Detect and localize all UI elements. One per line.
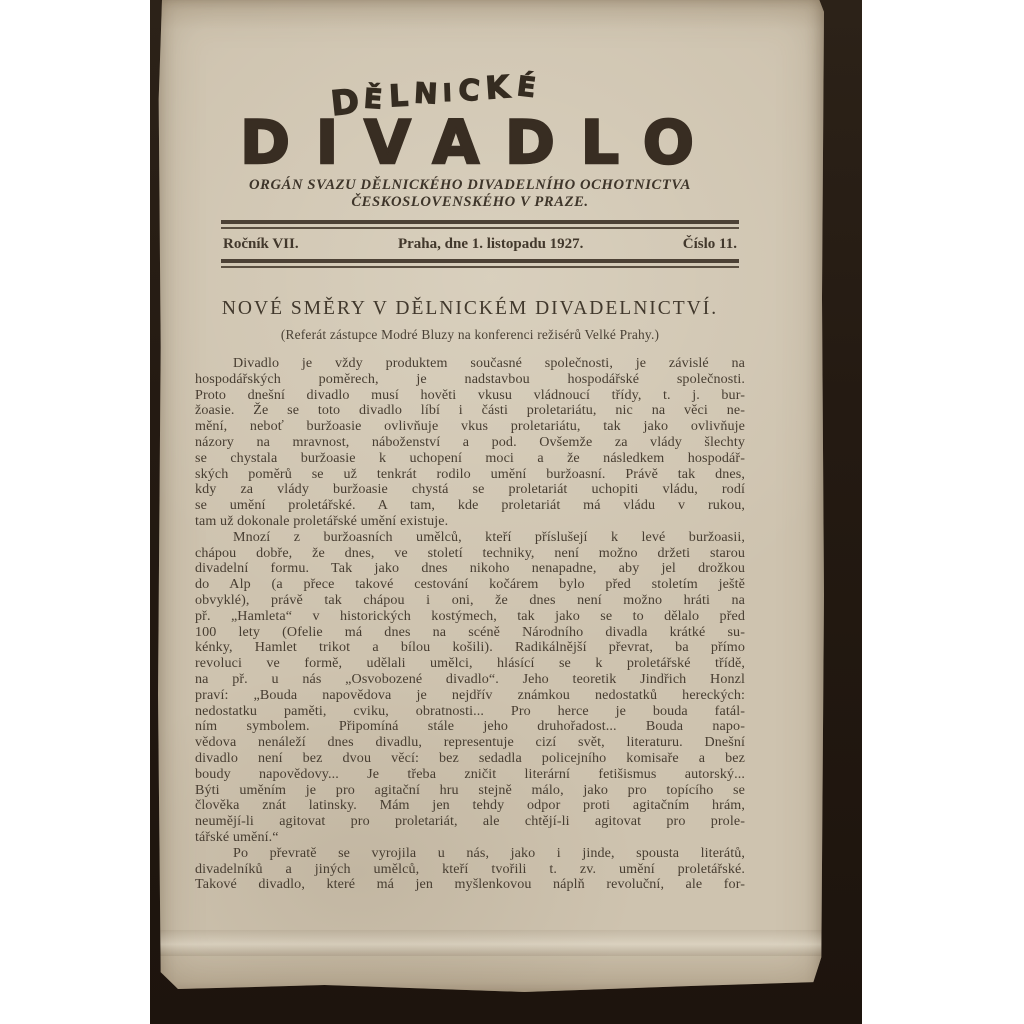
body-line: se umění proletářské. A tam, kde proleta… bbox=[195, 498, 745, 514]
body-line: divadelní formu. Tak jako dnes nikoho ne… bbox=[195, 561, 745, 577]
body-line: názory na mravnost, náboženství a pod. O… bbox=[195, 435, 745, 451]
body-line: revoluci ve formě, udělali umělci, hlásí… bbox=[195, 656, 745, 672]
bottom-double-rule bbox=[221, 259, 739, 268]
body-line: chápou dobře, že dnes, ve století techni… bbox=[195, 546, 745, 562]
issue-bar-section: Ročník VII. Praha, dne 1. listopadu 1927… bbox=[221, 220, 739, 268]
date-label: Praha, dne 1. listopadu 1927. bbox=[398, 236, 583, 253]
page-content: DĚLNICKÉ DIVADLO ORGÁN SVAZU DĚLNICKÉHO … bbox=[195, 0, 745, 893]
article-body: Divadlo je vždy produktem současné spole… bbox=[195, 356, 745, 893]
body-line: do Alp (a přece takové cestování kočárem… bbox=[195, 577, 745, 593]
body-line: př. „Hamleta“ v historických kostýmech, … bbox=[195, 609, 745, 625]
body-line: ských poměrů se už tenkrát rodilo umění … bbox=[195, 467, 745, 483]
issue-bar: Ročník VII. Praha, dne 1. listopadu 1927… bbox=[221, 229, 739, 259]
masthead-letter: C bbox=[457, 72, 481, 108]
body-line: Mnozí z buržoasních umělců, kteří příslu… bbox=[195, 530, 745, 546]
top-double-rule bbox=[221, 220, 739, 229]
body-line: tářské umění.“ bbox=[195, 830, 745, 846]
body-line: kénky, Hamlet trikot a bílou košili). Ra… bbox=[195, 640, 745, 656]
body-line: vědova nenáleží dnes divadlu, representu… bbox=[195, 735, 745, 751]
masthead-letter: I bbox=[443, 79, 453, 107]
body-line: Býti uměním je pro agitační hru stejně m… bbox=[195, 783, 745, 799]
body-line: Divadlo je vždy produktem současné spole… bbox=[195, 356, 745, 372]
article-subtitle: (Referát zástupce Modré Bluzy na konfere… bbox=[195, 327, 745, 343]
body-line: hospodářských poměrech, je nadstavbou ho… bbox=[195, 372, 745, 388]
body-line: se chystala buržoasie k uchopení moci a … bbox=[195, 451, 745, 467]
masthead-letter: K bbox=[484, 69, 510, 107]
masthead-subtitle-line1: ORGÁN SVAZU DĚLNICKÉHO DIVADELNÍHO OCHOT… bbox=[195, 177, 745, 194]
newspaper-page: DĚLNICKÉ DIVADLO ORGÁN SVAZU DĚLNICKÉHO … bbox=[158, 0, 824, 992]
article-title: NOVÉ SMĚRY V DĚLNICKÉM DIVADELNICTVÍ. bbox=[195, 298, 745, 320]
body-line: 100 lety (Ofelie má dnes na scéně Národn… bbox=[195, 625, 745, 641]
body-line: na př. u nás „Osvobozené divadlo“. Jeho … bbox=[195, 672, 745, 688]
body-line: nedostatku paměti, cviku, obratnosti... … bbox=[195, 704, 745, 720]
masthead-letter: N bbox=[413, 76, 438, 110]
photo-backdrop: DĚLNICKÉ DIVADLO ORGÁN SVAZU DĚLNICKÉHO … bbox=[150, 0, 862, 1024]
masthead-letter: L bbox=[388, 79, 409, 115]
issue-number-label: Číslo 11. bbox=[683, 236, 737, 253]
body-line: divadlo není bez dvou věcí: bez sedadla … bbox=[195, 751, 745, 767]
body-line: obvyklé), právě tak chápou i oni, že dne… bbox=[195, 593, 745, 609]
masthead-title-small: DĚLNICKÉ bbox=[157, 74, 707, 120]
body-line: mění, neboť buržoasie ovlivňuje vkus pro… bbox=[195, 419, 745, 435]
body-line: boudy napovědovy... Je třeba zničit lite… bbox=[195, 767, 745, 783]
masthead-letter: É bbox=[515, 71, 537, 104]
masthead: DĚLNICKÉ DIVADLO ORGÁN SVAZU DĚLNICKÉHO … bbox=[195, 74, 745, 211]
volume-label: Ročník VII. bbox=[223, 236, 299, 253]
body-line: ním symbolem. Připomíná stále jeho druho… bbox=[195, 719, 745, 735]
body-line: praví: „Bouda napovědova je nejdřív znám… bbox=[195, 688, 745, 704]
body-line: neumějí-li agitovat pro proletariát, ale… bbox=[195, 814, 745, 830]
body-line: člověka znát latinsky. Mám jen tehdy odp… bbox=[195, 798, 745, 814]
masthead-title-large: DIVADLO bbox=[195, 116, 745, 170]
body-line: Po převratě se vyrojila u nás, jako i ji… bbox=[195, 846, 745, 862]
body-line: tam už dokonale proletářské umění existu… bbox=[195, 514, 745, 530]
masthead-subtitle-line2: ČESKOSLOVENSKÉHO V PRAZE. bbox=[195, 194, 745, 211]
body-line: Takové divadlo, které má jen myšlenkovou… bbox=[195, 877, 745, 893]
masthead-letter: Ě bbox=[363, 83, 384, 115]
body-line: kdy za vlády buržoasie chystá se proleta… bbox=[195, 482, 745, 498]
masthead-letter: D bbox=[329, 82, 361, 125]
body-line: žoasie. Že se toto divadlo líbí i části … bbox=[195, 403, 745, 419]
body-line: divadelníků a jiných umělců, kteří tvoři… bbox=[195, 862, 745, 878]
